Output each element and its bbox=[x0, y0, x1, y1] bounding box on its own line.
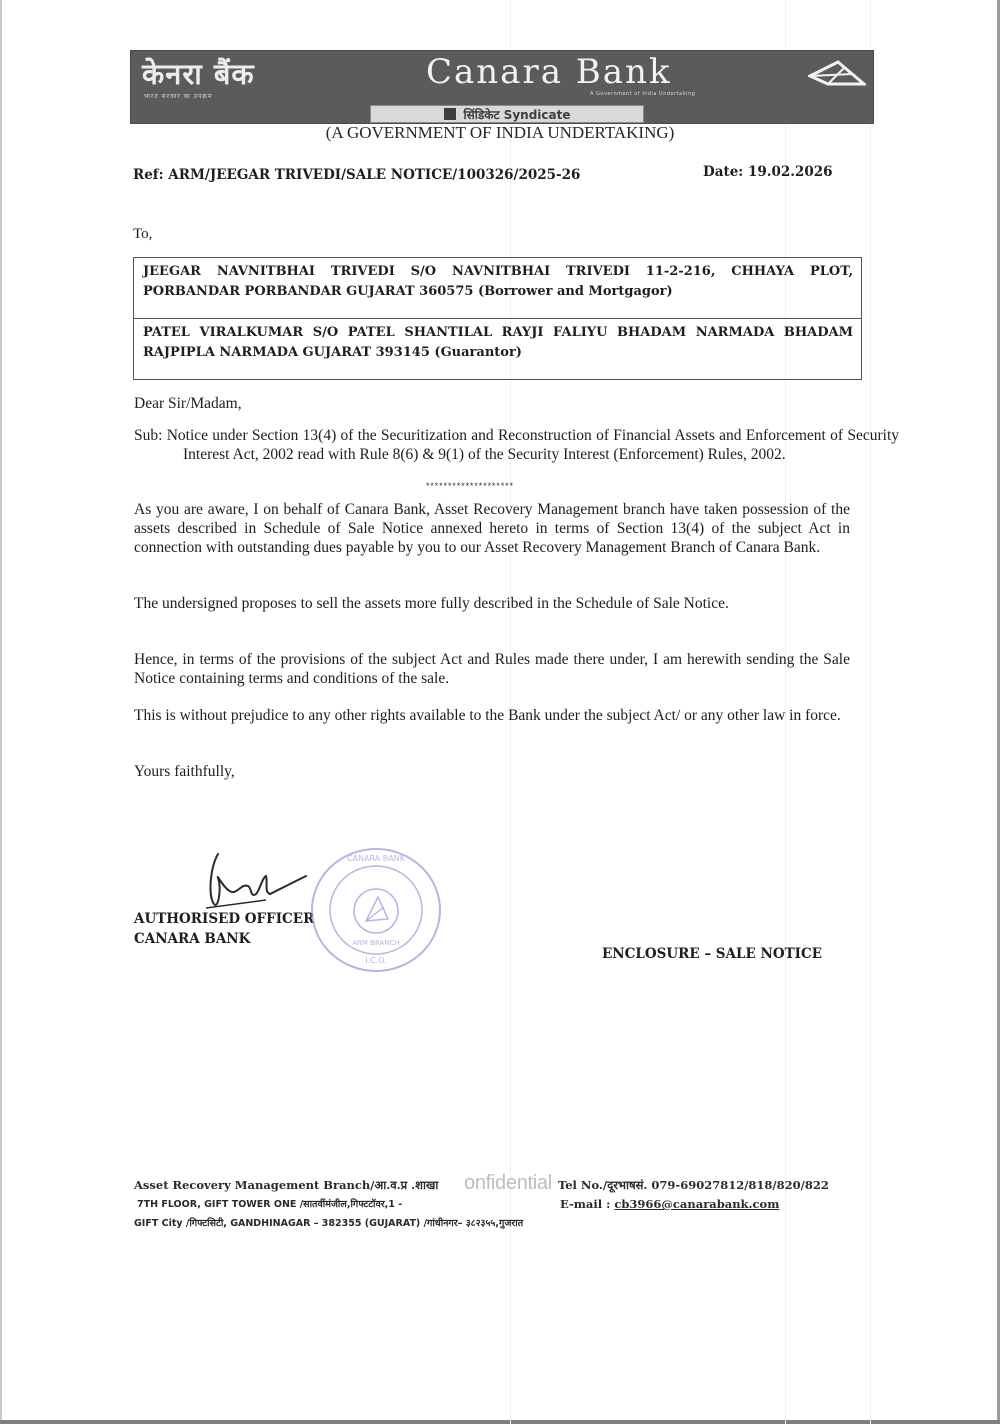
enclosure-label: ENCLOSURE – SALE NOTICE bbox=[602, 946, 822, 962]
syndicate-logo-icon bbox=[444, 108, 456, 120]
syndicate-label: सिंडिकेट Syndicate bbox=[464, 106, 571, 123]
footer-contact: Tel No./दूरभाषसं. 079-69027812/818/820/8… bbox=[558, 1176, 829, 1214]
addressee-role: (Borrower and Mortgagor) bbox=[478, 284, 673, 299]
footer-address-line1: 7TH FLOOR, GIFT TOWER ONE /सातवींमंजील,ग… bbox=[134, 1195, 523, 1214]
scan-streak bbox=[870, 0, 871, 1424]
government-undertaking: (A GOVERNMENT OF INDIA UNDERTAKING) bbox=[0, 123, 1000, 143]
paragraph-proposal: The undersigned proposes to sell the ass… bbox=[134, 594, 850, 613]
footer-address-line2: GIFT City /गिफ्टसिटी, GANDHINAGAR – 3823… bbox=[134, 1214, 523, 1233]
page-edge-bottom bbox=[0, 1420, 1000, 1424]
syndicate-badge: सिंडिकेट Syndicate bbox=[370, 105, 644, 123]
footer-email-label: E-mail : bbox=[560, 1197, 614, 1211]
addressee-borrower: JEEGAR NAVNITBHAI TRIVEDI S/O NAVNITBHAI… bbox=[134, 258, 862, 319]
footer-email-link[interactable]: cb3966@canarabank.com bbox=[614, 1197, 779, 1211]
svg-text:I.C.O.: I.C.O. bbox=[365, 956, 387, 965]
footer-email-row: E-mail : cb3966@canarabank.com bbox=[558, 1195, 829, 1214]
signatory-organization: CANARA BANK bbox=[134, 929, 314, 949]
addressee-guarantor: PATEL VIRALKUMAR S/O PATEL SHANTILAL RAY… bbox=[134, 319, 862, 380]
closing: Yours faithfully, bbox=[134, 762, 850, 781]
addressee-table: JEEGAR NAVNITBHAI TRIVEDI S/O NAVNITBHAI… bbox=[133, 257, 862, 380]
bank-tagline-hindi: भारत सरकार का उपक्रम bbox=[144, 92, 213, 100]
letter-date: Date: 19.02.2026 bbox=[703, 164, 833, 180]
canara-bank-logo-icon bbox=[808, 58, 866, 90]
confidential-watermark: onfidential bbox=[464, 1172, 552, 1195]
page-edge-left bbox=[0, 0, 2, 1424]
paragraph-possession: As you are aware, I on behalf of Canara … bbox=[134, 500, 850, 557]
svg-text:CANARA BANK: CANARA BANK bbox=[347, 854, 406, 863]
reference-number: Ref: ARM/JEEGAR TRIVEDI/SALE NOTICE/1003… bbox=[133, 167, 580, 183]
bank-name-english: Canara Bank bbox=[426, 52, 672, 92]
signature-icon bbox=[196, 848, 316, 918]
addressee-role: (Guarantor) bbox=[434, 345, 522, 360]
paragraph-prejudice: This is without prejudice to any other r… bbox=[134, 706, 850, 725]
bank-tagline-english: A Government of India Undertaking bbox=[590, 91, 695, 97]
letterhead-banner: केनरा बैंक भारत सरकार का उपक्रम Canara B… bbox=[130, 50, 874, 124]
bank-stamp-icon: CANARA BANK I.C.O. ARM BRANCH bbox=[308, 845, 444, 975]
bank-name-hindi: केनरा बैंक bbox=[142, 54, 255, 93]
salutation: Dear Sir/Madam, bbox=[134, 394, 850, 413]
subject-line: Sub: Notice under Section 13(4) of the S… bbox=[134, 426, 899, 464]
signatory-block: AUTHORISED OFFICER CANARA BANK bbox=[134, 909, 314, 949]
to-label: To, bbox=[133, 226, 152, 243]
paragraph-sale-notice: Hence, in terms of the provisions of the… bbox=[134, 650, 850, 688]
svg-text:ARM BRANCH: ARM BRANCH bbox=[352, 939, 399, 947]
addressee-row: JEEGAR NAVNITBHAI TRIVEDI S/O NAVNITBHAI… bbox=[134, 258, 862, 319]
footer-telephone: Tel No./दूरभाषसं. 079-69027812/818/820/8… bbox=[558, 1176, 829, 1195]
signatory-title: AUTHORISED OFFICER bbox=[134, 909, 314, 929]
addressee-row: PATEL VIRALKUMAR S/O PATEL SHANTILAL RAY… bbox=[134, 319, 862, 380]
separator: ******************** bbox=[425, 482, 513, 492]
